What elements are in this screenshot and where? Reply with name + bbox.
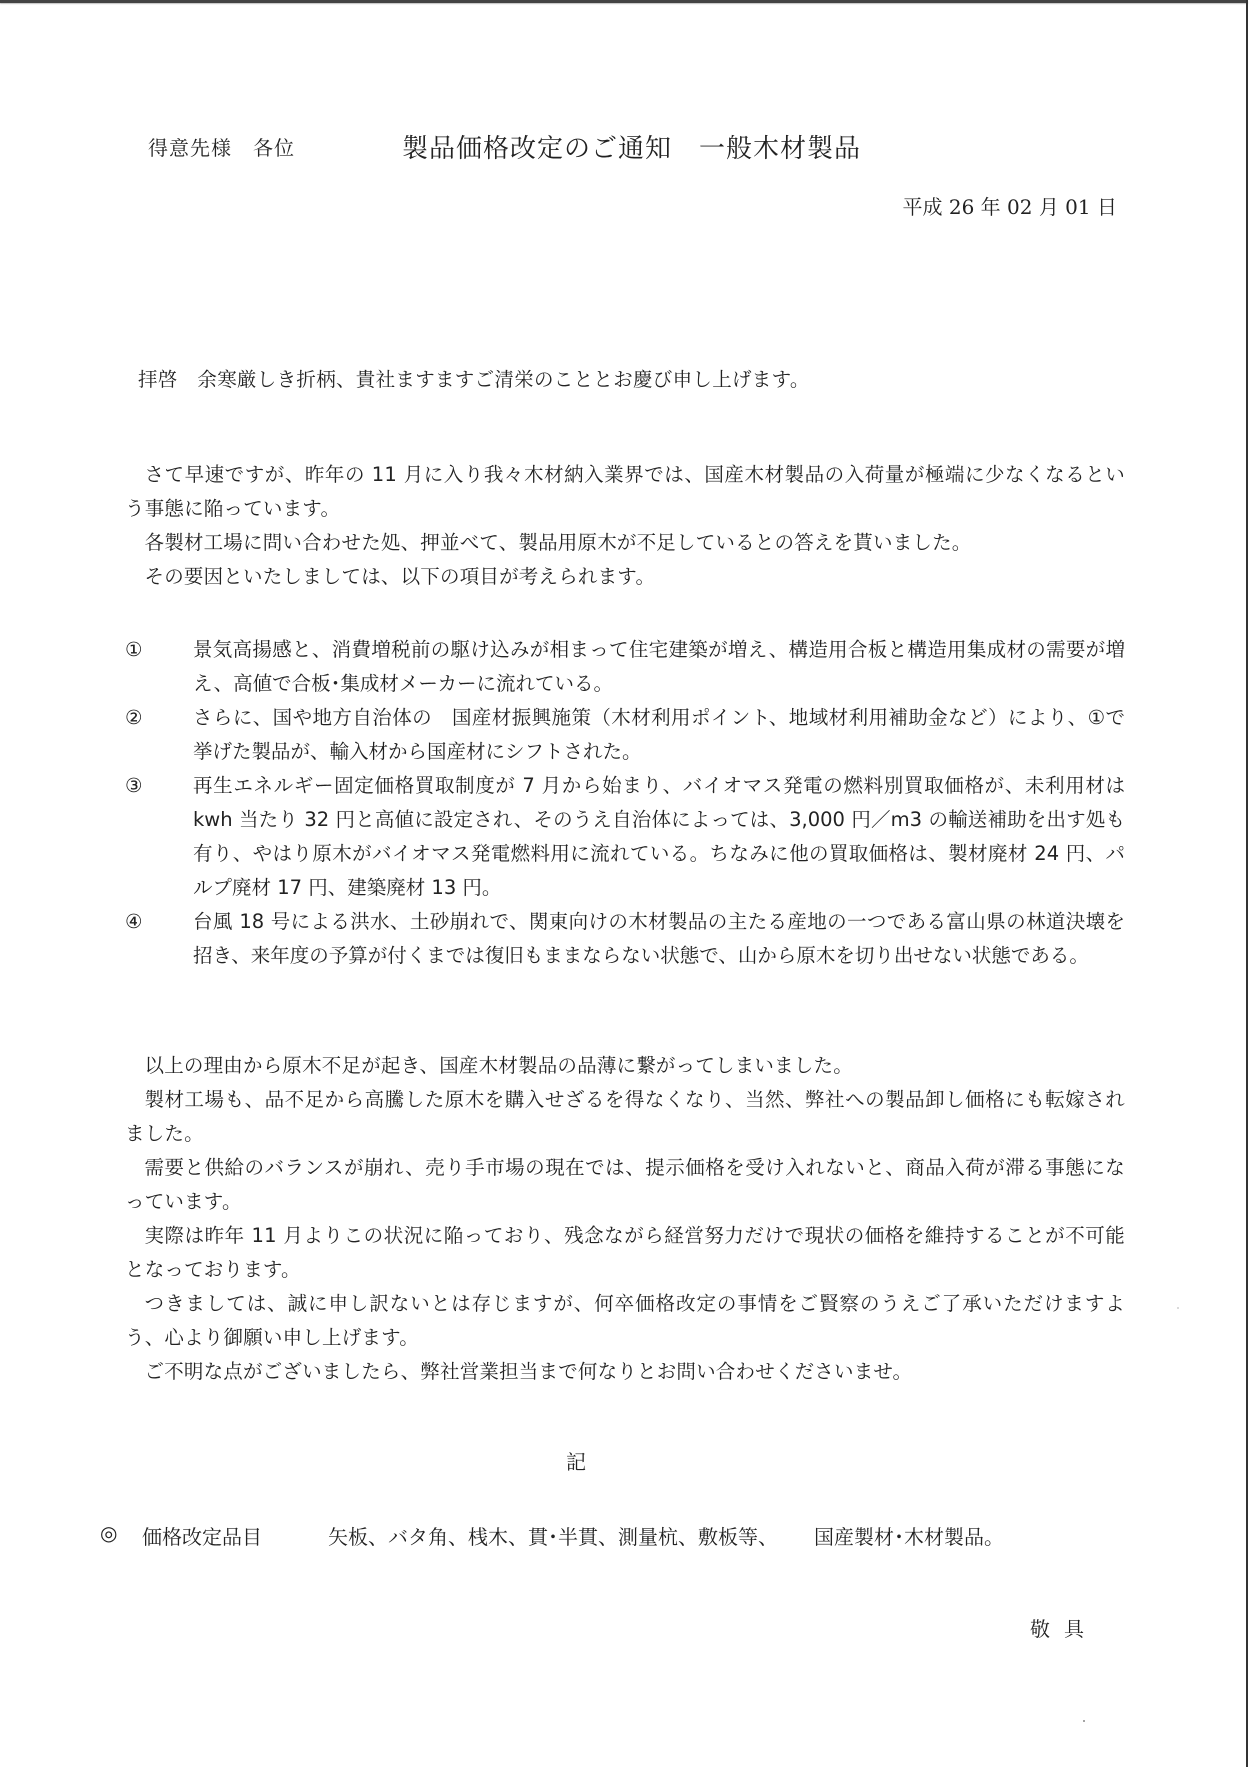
reason-text: 台風 18 号による洪水、土砂崩れで、関東向けの木材製品の主たる産地の一つである… bbox=[193, 905, 1125, 973]
recipient: 得意先様 各位 bbox=[148, 132, 295, 161]
items-list: 矢板、バタ角、桟木、貫･半貫、測量杭、敷板等、 bbox=[328, 1521, 778, 1550]
conclusion-paragraph: 製材工場も、品不足から高騰した原木を購入せざるを得なくなり、当然、弊社への製品卸… bbox=[125, 1083, 1125, 1151]
reason-item: ③ 再生エネルギー固定価格買取制度が 7 月から始まり、バイオマス発電の燃料別買… bbox=[125, 769, 1125, 905]
closing-salutation: 敬具 bbox=[1030, 1613, 1098, 1642]
items-label: 価格改定品目 bbox=[142, 1521, 328, 1550]
items-category: 国産製材･木材製品。 bbox=[814, 1521, 1004, 1550]
reason-item: ① 景気高揚感と、消費増税前の駆け込みが相まって住宅建築が増え、構造用合板と構造… bbox=[125, 633, 1125, 701]
reason-item: ④ 台風 18 号による洪水、土砂崩れで、関東向けの木材製品の主たる産地の一つで… bbox=[125, 905, 1125, 973]
intro-paragraph: その要因といたしましては、以下の項目が考えられます。 bbox=[125, 560, 1125, 594]
document-page: 得意先様 各位 製品価格改定のご通知 一般木材製品 平成 26 年 02 月 0… bbox=[0, 0, 1250, 1767]
scan-border-right bbox=[1246, 0, 1248, 1767]
reason-number: ③ bbox=[125, 769, 193, 905]
document-title: 製品価格改定のご通知 一般木材製品 bbox=[402, 128, 861, 165]
double-circle-icon: ◎ bbox=[100, 1521, 142, 1550]
reason-text: 再生エネルギー固定価格買取制度が 7 月から始まり、バイオマス発電の燃料別買取価… bbox=[193, 769, 1125, 905]
intro-paragraph: さて早速ですが、昨年の 11 月に入り我々木材納入業界では、国産木材製品の入荷量… bbox=[125, 458, 1125, 526]
reasons-list: ① 景気高揚感と、消費増税前の駆け込みが相まって住宅建築が増え、構造用合板と構造… bbox=[125, 633, 1125, 973]
scan-speck bbox=[1083, 1720, 1085, 1722]
conclusion-paragraph: ご不明な点がございましたら、弊社営業担当まで何なりとお問い合わせくださいませ。 bbox=[125, 1355, 1125, 1389]
reason-text: さらに、国や地方自治体の 国産材振興施策（木材利用ポイント、地域材利用補助金など… bbox=[193, 701, 1125, 769]
conclusion-paragraph: 需要と供給のバランスが崩れ、売り手市場の現在では、提示価格を受け入れないと、商品… bbox=[125, 1151, 1125, 1219]
reason-item: ② さらに、国や地方自治体の 国産材振興施策（木材利用ポイント、地域材利用補助金… bbox=[125, 701, 1125, 769]
conclusion-paragraph: 以上の理由から原木不足が起き、国産木材製品の品薄に繋がってしまいました。 bbox=[125, 1049, 1125, 1083]
reason-number: ④ bbox=[125, 905, 193, 973]
intro-section: さて早速ですが、昨年の 11 月に入り我々木材納入業界では、国産木材製品の入荷量… bbox=[125, 458, 1125, 594]
document-date: 平成 26 年 02 月 01 日 bbox=[903, 191, 1118, 220]
intro-paragraph: 各製材工場に問い合わせた処、押並べて、製品用原木が不足しているとの答えを貰いまし… bbox=[125, 526, 1125, 560]
conclusion-paragraph: つきましては、誠に申し訳ないとは存じますが、何卒価格改定の事情をご賢察のうえご了… bbox=[125, 1287, 1125, 1355]
conclusion-paragraph: 実際は昨年 11 月よりこの状況に陥っており、残念ながら経営努力だけで現状の価格… bbox=[125, 1219, 1125, 1287]
reason-number: ① bbox=[125, 633, 193, 701]
notice-heading: 記 bbox=[566, 1446, 586, 1475]
conclusion-section: 以上の理由から原木不足が起き、国産木材製品の品薄に繋がってしまいました。 製材工… bbox=[125, 1049, 1125, 1389]
scan-speck bbox=[1177, 1307, 1179, 1309]
reason-text: 景気高揚感と、消費増税前の駆け込みが相まって住宅建築が増え、構造用合板と構造用集… bbox=[193, 633, 1125, 701]
reason-number: ② bbox=[125, 701, 193, 769]
scan-border-top bbox=[0, 0, 1248, 3]
price-revision-items: ◎ 価格改定品目 矢板、バタ角、桟木、貫･半貫、測量杭、敷板等、 国産製材･木材… bbox=[100, 1521, 1004, 1550]
greeting: 拝啓 余寒厳しき折柄、貴社ますますご清栄のこととお慶び申し上げます。 bbox=[138, 364, 810, 392]
